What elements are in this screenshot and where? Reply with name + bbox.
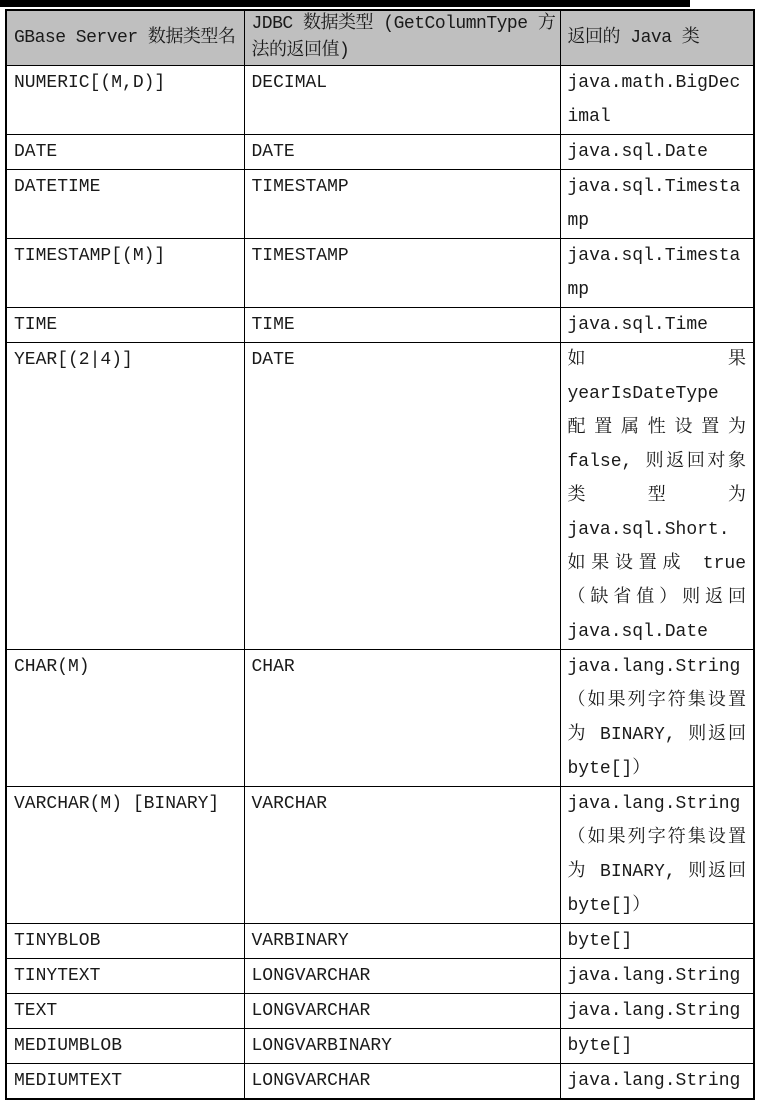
- cell-jdbc-type: LONGVARCHAR: [244, 959, 560, 994]
- table-row: CHAR(M) CHAR java.lang.String （如果列字符集设置为…: [6, 650, 754, 787]
- cell-server-type: YEAR[(2|4)]: [6, 343, 244, 650]
- cell-java-class: java.lang.String: [560, 1064, 754, 1100]
- table-row: VARCHAR(M) [BINARY] VARCHAR java.lang.St…: [6, 787, 754, 924]
- cell-server-type: MEDIUMBLOB: [6, 1029, 244, 1064]
- cell-jdbc-type: DATE: [244, 343, 560, 650]
- cell-server-type: TEXT: [6, 994, 244, 1029]
- table-row: DATETIME TIMESTAMP java.sql.Timestamp: [6, 170, 754, 239]
- table-row: MEDIUMBLOB LONGVARBINARY byte[]: [6, 1029, 754, 1064]
- cell-java-class: java.sql.Date: [560, 135, 754, 170]
- cell-java-class: java.sql.Timestamp: [560, 239, 754, 308]
- table-row: TIMESTAMP[(M)] TIMESTAMP java.sql.Timest…: [6, 239, 754, 308]
- cell-jdbc-type: LONGVARCHAR: [244, 1064, 560, 1100]
- table-body: NUMERIC[(M,D)] DECIMAL java.math.BigDeci…: [6, 66, 754, 1100]
- cell-jdbc-type: VARCHAR: [244, 787, 560, 924]
- cell-server-type: TIME: [6, 308, 244, 343]
- cell-java-class: java.sql.Time: [560, 308, 754, 343]
- cell-jdbc-type: TIMESTAMP: [244, 239, 560, 308]
- table-row: NUMERIC[(M,D)] DECIMAL java.math.BigDeci…: [6, 66, 754, 135]
- table-row: MEDIUMTEXT LONGVARCHAR java.lang.String: [6, 1064, 754, 1100]
- cell-server-type: TINYTEXT: [6, 959, 244, 994]
- cell-java-class: java.lang.String: [560, 959, 754, 994]
- cell-java-class: byte[]: [560, 1029, 754, 1064]
- cell-java-class: java.math.BigDecimal: [560, 66, 754, 135]
- cell-jdbc-type: DATE: [244, 135, 560, 170]
- cell-jdbc-type: TIME: [244, 308, 560, 343]
- column-header-server-type: GBase Server 数据类型名: [6, 10, 244, 66]
- cell-server-type: CHAR(M): [6, 650, 244, 787]
- cell-server-type: VARCHAR(M) [BINARY]: [6, 787, 244, 924]
- cell-jdbc-type: CHAR: [244, 650, 560, 787]
- cell-java-class: byte[]: [560, 924, 754, 959]
- cell-server-type: NUMERIC[(M,D)]: [6, 66, 244, 135]
- top-rule: [0, 0, 690, 7]
- table-row: DATE DATE java.sql.Date: [6, 135, 754, 170]
- cell-server-type: TIMESTAMP[(M)]: [6, 239, 244, 308]
- cell-jdbc-type: VARBINARY: [244, 924, 560, 959]
- header-row: GBase Server 数据类型名 JDBC 数据类型 (GetColumnT…: [6, 10, 754, 66]
- cell-jdbc-type: LONGVARCHAR: [244, 994, 560, 1029]
- cell-jdbc-type: LONGVARBINARY: [244, 1029, 560, 1064]
- table-row: TINYBLOB VARBINARY byte[]: [6, 924, 754, 959]
- cell-java-class: java.sql.Timestamp: [560, 170, 754, 239]
- table-row: TINYTEXT LONGVARCHAR java.lang.String: [6, 959, 754, 994]
- data-type-mapping-table: GBase Server 数据类型名 JDBC 数据类型 (GetColumnT…: [5, 9, 755, 1100]
- table-row: YEAR[(2|4)] DATE 如果 yearIsDateType 配置属性设…: [6, 343, 754, 650]
- table-row: TIME TIME java.sql.Time: [6, 308, 754, 343]
- cell-java-class: java.lang.String: [560, 994, 754, 1029]
- cell-java-class: java.lang.String （如果列字符集设置为 BINARY, 则返回 …: [560, 787, 754, 924]
- cell-java-class: 如果 yearIsDateType 配置属性设置为 false, 则返回对象类型…: [560, 343, 754, 650]
- table-row: TEXT LONGVARCHAR java.lang.String: [6, 994, 754, 1029]
- cell-server-type: DATETIME: [6, 170, 244, 239]
- cell-server-type: MEDIUMTEXT: [6, 1064, 244, 1100]
- cell-server-type: TINYBLOB: [6, 924, 244, 959]
- column-header-java-class: 返回的 Java 类: [560, 10, 754, 66]
- cell-server-type: DATE: [6, 135, 244, 170]
- cell-java-class: java.lang.String （如果列字符集设置为 BINARY, 则返回 …: [560, 650, 754, 787]
- cell-jdbc-type: TIMESTAMP: [244, 170, 560, 239]
- cell-jdbc-type: DECIMAL: [244, 66, 560, 135]
- column-header-jdbc-type: JDBC 数据类型 (GetColumnType 方法的返回值): [244, 10, 560, 66]
